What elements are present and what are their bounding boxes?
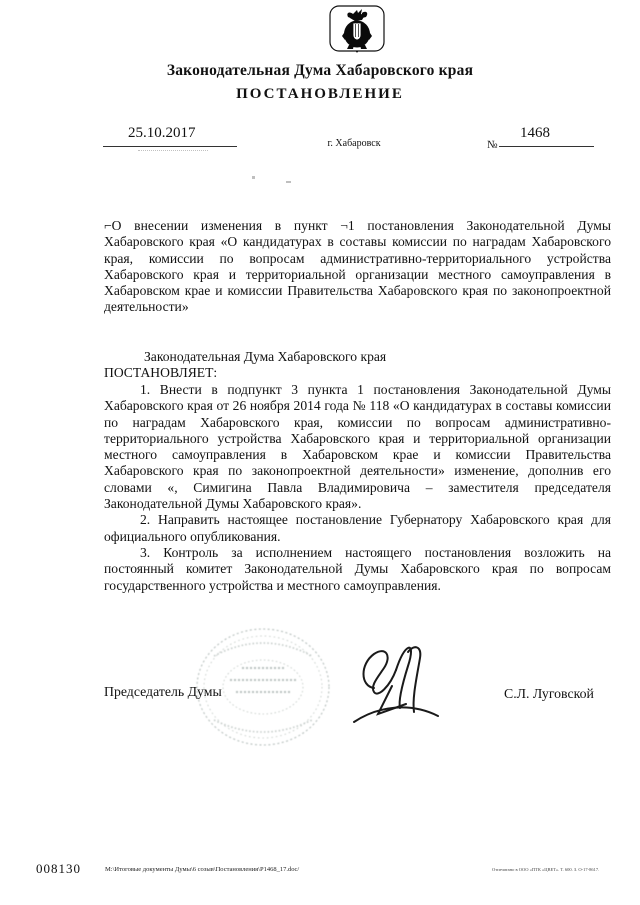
document-number: 1468 (520, 125, 550, 142)
paragraph-1: 1. Внести в подпункт 3 пункта 1 постанов… (104, 382, 611, 512)
document-page: Законодательная Дума Хабаровского края П… (0, 0, 640, 905)
number-underline (499, 146, 594, 147)
scan-artifact (252, 176, 255, 179)
intro-line: Законодательная Дума Хабаровского края (104, 349, 611, 365)
body-paragraphs: 1. Внести в подпункт 3 пункта 1 постанов… (104, 382, 611, 594)
signature-handwriting (348, 642, 443, 727)
coat-of-arms-icon (329, 5, 385, 53)
footer-code: 008130 (36, 861, 81, 877)
paragraph-3: 3. Контроль за исполнением настоящего по… (104, 545, 611, 594)
document-title: ⌐О внесении изменения в пункт ¬1 постано… (104, 218, 611, 316)
signer-title: Председатель Думы (104, 684, 222, 700)
organization-name: Законодательная Дума Хабаровского края (0, 62, 640, 80)
paragraph-2: 2. Направить настоящее постановление Губ… (104, 512, 611, 545)
number-label: № (487, 139, 498, 151)
intro-block: Законодательная Дума Хабаровского края П… (104, 349, 611, 382)
footer-print-info: Отпечатано в ООО «ПТК «ЦВЕТ». Т. 600. З.… (492, 867, 599, 872)
signer-name: С.Л. Луговской (504, 686, 594, 702)
document-type-heading: ПОСТАНОВЛЕНИЕ (0, 86, 640, 103)
scan-artifact (286, 181, 291, 183)
resolves-line: ПОСТАНОВЛЯЕТ: (104, 365, 611, 381)
date-underline-dotted (138, 150, 208, 151)
footer-file-path: М:\Итоговые документы Думы\6 созыв\Поста… (105, 866, 299, 873)
